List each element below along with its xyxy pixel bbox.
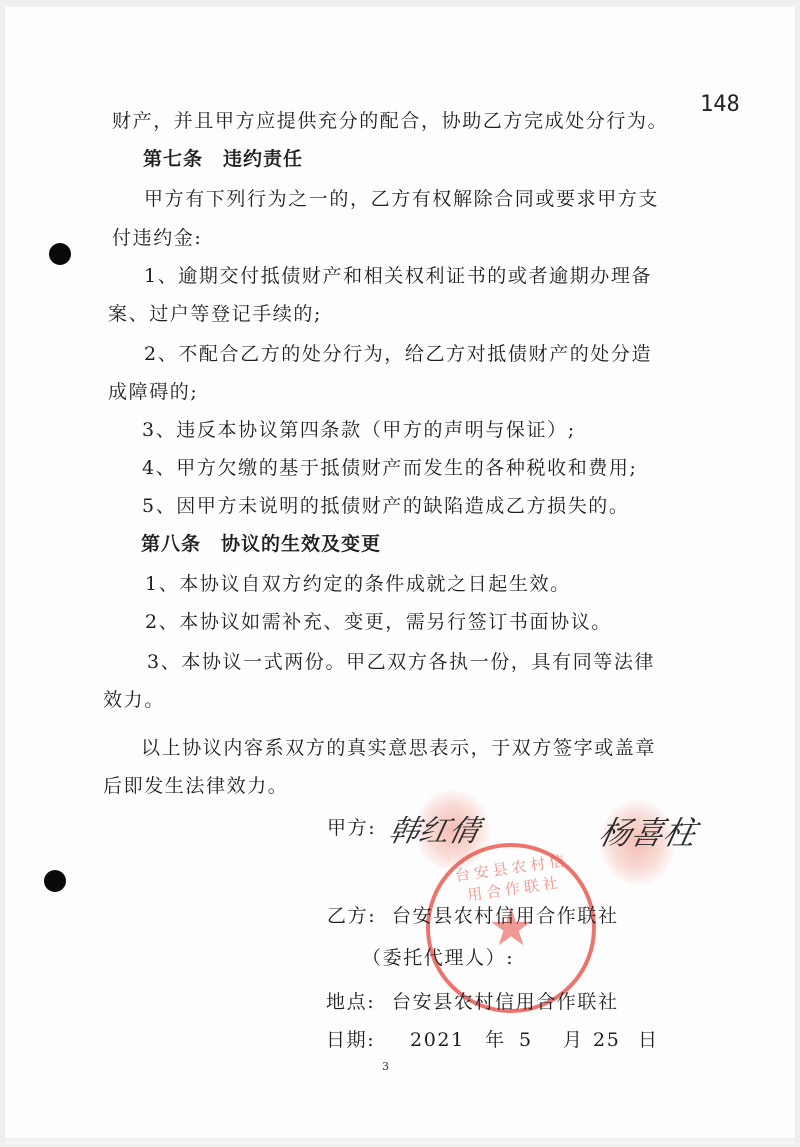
body-line: 财产，并且甲方应提供充分的配合，协助乙方完成处分行为。	[112, 109, 668, 133]
party-b-label: 乙方:	[327, 904, 376, 928]
list-item-continuation: 成障碍的;	[108, 380, 198, 404]
location-label: 地点:	[326, 990, 375, 1014]
party-b-name: 台安县农村信用合作联社	[392, 904, 619, 928]
date-label: 日期:	[326, 1028, 375, 1052]
punch-hole-top	[49, 243, 71, 265]
party-a-label: 甲方:	[327, 816, 376, 840]
page-edge	[5, 1140, 795, 1144]
list-item: 3、本协议一式两份。甲乙双方各执一份，具有同等法律	[147, 650, 655, 674]
list-item: 1、逾期交付抵债财产和相关权利证书的或者逾期办理备	[144, 264, 652, 288]
date-year-unit: 年	[485, 1028, 506, 1052]
list-item: 2、本协议如需补充、变更，需另行签订书面协议。	[145, 610, 612, 634]
date-year: 2021	[410, 1028, 465, 1052]
body-line: 后即发生法律效力。	[103, 774, 288, 798]
section-heading-article-8: 第八条 协议的生效及变更	[141, 532, 381, 556]
party-a-second-signature: 杨喜柱	[595, 808, 701, 854]
party-a-signature: 韩红倩	[385, 806, 484, 850]
location-value: 台安县农村信用合作联社	[392, 990, 619, 1014]
list-item-continuation: 效力。	[103, 688, 165, 712]
footer-page-number: 3	[382, 1060, 389, 1073]
page-number-stamp: 148	[700, 92, 740, 117]
date-day-unit: 日	[638, 1028, 659, 1052]
date-month-unit: 月	[563, 1028, 584, 1052]
list-item: 5、因甲方未说明的抵债财产的缺陷造成乙方损失的。	[142, 494, 630, 518]
list-item: 2、不配合乙方的处分行为，给乙方对抵债财产的处分造	[144, 342, 652, 366]
list-item-continuation: 案、过户等登记手续的;	[108, 302, 322, 326]
punch-hole-bottom	[44, 870, 66, 892]
body-line: 甲方有下列行为之一的，乙方有权解除合同或要求甲方支	[144, 187, 659, 211]
list-item: 4、甲方欠缴的基于抵债财产而发生的各种税收和费用;	[142, 456, 638, 480]
section-heading-article-7: 第七条 违约责任	[143, 147, 303, 171]
date-day: 25	[593, 1028, 620, 1052]
agent-label: （委托代理人）:	[362, 946, 514, 970]
official-seal: 台安县农村信用合作联社 ★	[426, 843, 596, 1013]
list-item: 1、本协议自双方约定的条件成就之日起生效。	[145, 572, 571, 596]
body-line: 付违约金:	[112, 226, 202, 250]
date-month: 5	[519, 1028, 533, 1052]
list-item: 3、违反本协议第四条款（甲方的声明与保证）;	[142, 418, 576, 442]
body-line: 以上协议内容系双方的真实意思表示，于双方签字或盖章	[141, 736, 656, 760]
